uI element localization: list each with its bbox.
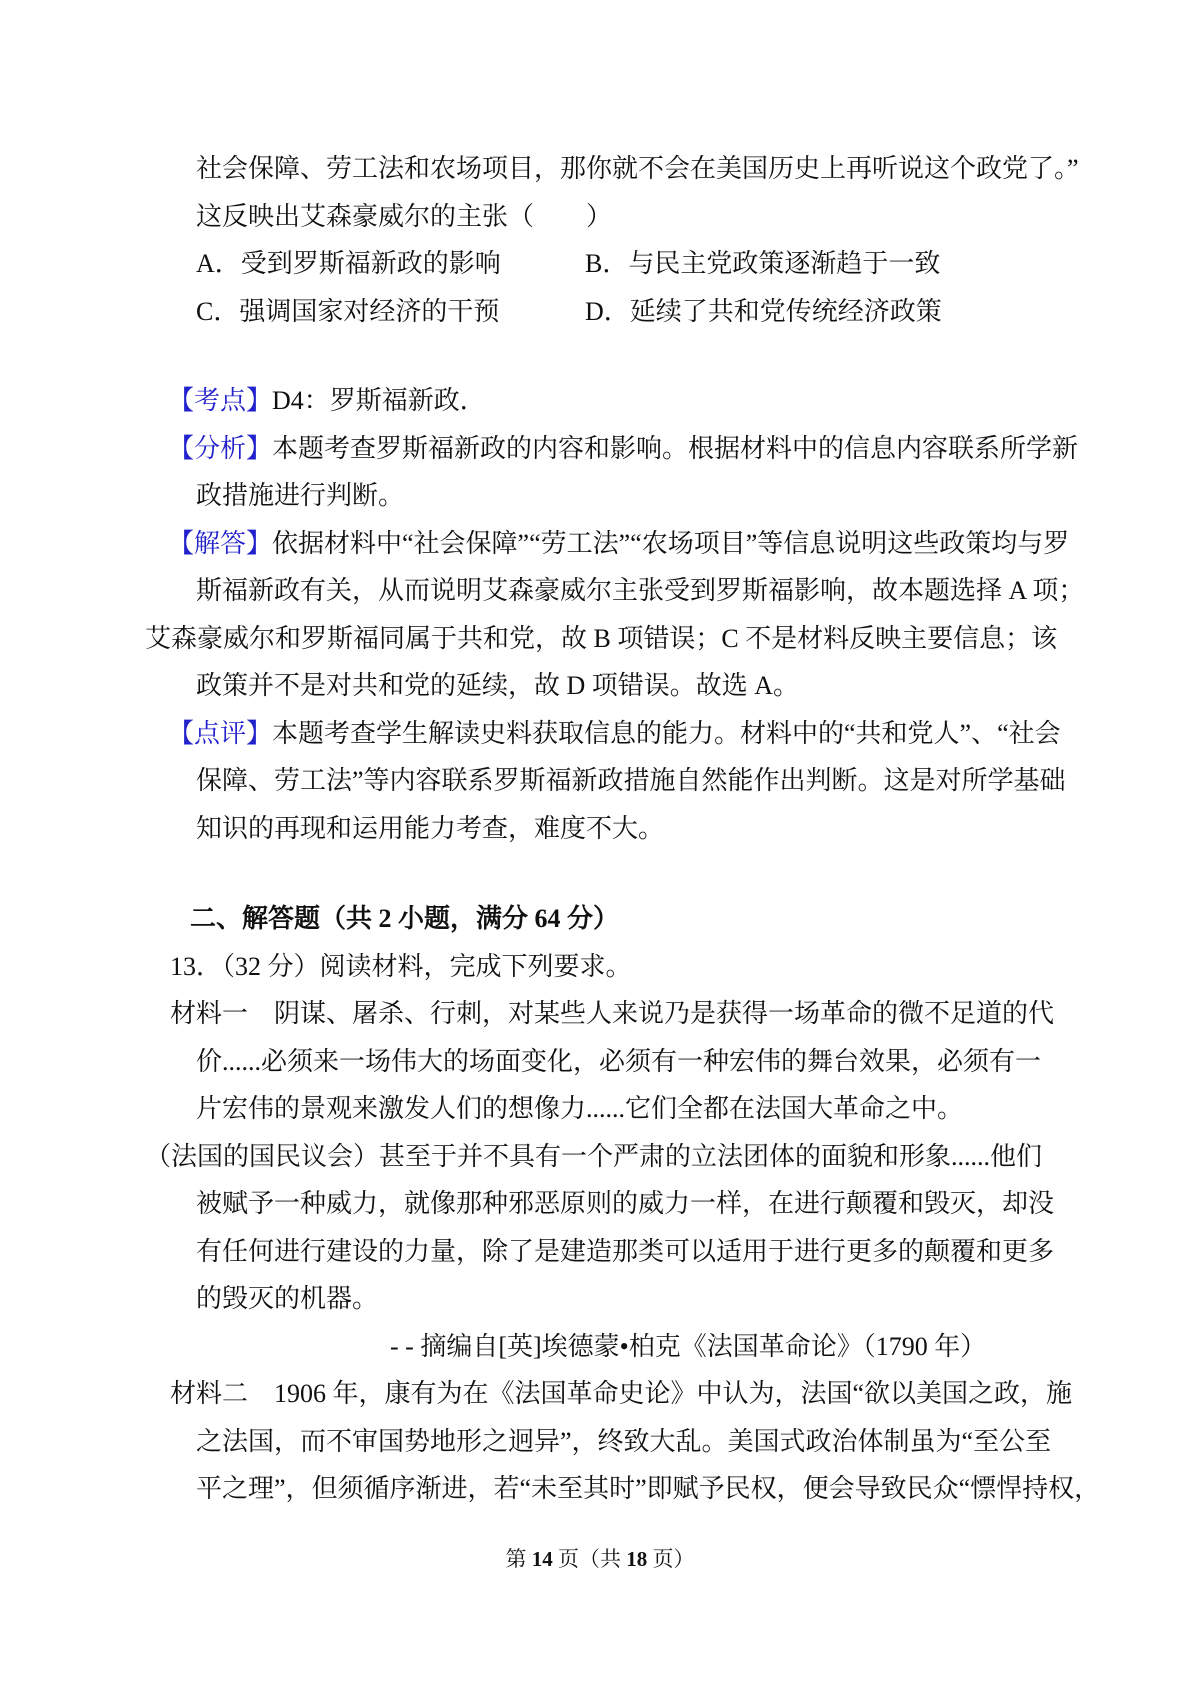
answer-options-row: A．受到罗斯福新政的影响B．与民主党政策逐渐趋于一致 [0, 240, 1200, 288]
text-line: 材料一 阴谋、屠杀、行刺，对某些人来说乃是获得一场革命的微不足道的代 [0, 990, 1200, 1038]
text-line: 政措施进行判断。 [0, 472, 1200, 520]
text-line: 的毁灭的机器。 [0, 1275, 1200, 1323]
option-A: A．受到罗斯福新政的影响 [196, 240, 585, 288]
text-line: - - 摘编自[英]埃德蒙•柏克《法国革命论》（1790 年） [0, 1323, 1200, 1371]
footer-text: 第 [506, 1547, 532, 1571]
blank-line [0, 335, 1200, 377]
section-label: 【分析】 [168, 434, 272, 463]
text-line: 材料二 1906 年，康有为在《法国革命史论》中认为，法国“欲以美国之政，施 [0, 1370, 1200, 1418]
text-line: 保障、劳工法”等内容联系罗斯福新政措施自然能作出判断。这是对所学基础 [0, 757, 1200, 805]
text-line: 政策并不是对共和党的延续，故 D 项错误。故选 A。 [0, 662, 1200, 710]
section-label: 【考点】 [168, 386, 272, 415]
text-line: 这反映出艾森豪威尔的主张（ ） [0, 193, 1200, 241]
text-line: 价......必须来一场伟大的场面变化，必须有一种宏伟的舞台效果，必须有一 [0, 1038, 1200, 1086]
page-footer: 第 14 页（共 18 页） [0, 1544, 1200, 1574]
line-text: 本题考查罗斯福新政的内容和影响。根据材料中的信息内容联系所学新 [272, 434, 1078, 463]
annotated-line: 【解答】依据材料中“社会保障”“劳工法”“农场项目”等信息说明这些政策均与罗 [0, 520, 1200, 568]
section-heading: 二、解答题（共 2 小题，满分 64 分） [0, 895, 1200, 943]
document-content: 社会保障、劳工法和农场项目，那你就不会在美国历史上再听说这个政党了。”这反映出艾… [0, 0, 1200, 1513]
section-label: 【点评】 [168, 719, 272, 748]
text-line: 被赋予一种威力，就像那种邪恶原则的威力一样，在进行颠覆和毁灭，却没 [0, 1180, 1200, 1228]
page-number: 14 [532, 1547, 553, 1571]
text-line: 知识的再现和运用能力考查，难度不大。 [0, 805, 1200, 853]
text-line: 艾森豪威尔和罗斯福同属于共和党，故 B 项错误；C 不是材料反映主要信息；该 [0, 615, 1200, 663]
text-line: 平之理”，但须循序渐进，若“未至其时”即赋予民权，便会导致民众“慓悍持权， [0, 1465, 1200, 1513]
section-label: 【解答】 [168, 529, 272, 558]
annotated-line: 【考点】D4：罗斯福新政． [0, 377, 1200, 425]
option-B: B．与民主党政策逐渐趋于一致 [585, 249, 940, 278]
footer-text: 页（共 [553, 1547, 627, 1571]
text-line: 社会保障、劳工法和农场项目，那你就不会在美国历史上再听说这个政党了。” [0, 145, 1200, 193]
text-line: （法国的国民议会）甚至于并不具有一个严肃的立法团体的面貌和形象......他们 [0, 1133, 1200, 1181]
footer-text: 页） [647, 1547, 694, 1571]
text-line: 13．（32 分）阅读材料，完成下列要求。 [0, 943, 1200, 991]
annotated-line: 【点评】本题考查学生解读史料获取信息的能力。材料中的“共和党人”、“社会 [0, 710, 1200, 758]
text-line: 之法国，而不审国势地形之迥异”，终致大乱。美国式政治体制虽为“至公至 [0, 1418, 1200, 1466]
line-text: 依据材料中“社会保障”“劳工法”“农场项目”等信息说明这些政策均与罗 [272, 529, 1069, 558]
text-line: 片宏伟的景观来激发人们的想像力......它们全都在法国大革命之中。 [0, 1085, 1200, 1133]
annotated-line: 【分析】本题考查罗斯福新政的内容和影响。根据材料中的信息内容联系所学新 [0, 425, 1200, 473]
answer-options-row: C．强调国家对经济的干预D．延续了共和党传统经济政策 [0, 288, 1200, 336]
line-text: 本题考查学生解读史料获取信息的能力。材料中的“共和党人”、“社会 [272, 719, 1061, 748]
option-C: C．强调国家对经济的干预 [196, 288, 585, 336]
text-line: 斯福新政有关，从而说明艾森豪威尔主张受到罗斯福影响，故本题选择 A 项； [0, 567, 1200, 615]
page-number: 18 [626, 1547, 647, 1571]
option-D: D．延续了共和党传统经济政策 [585, 297, 942, 326]
line-text: D4：罗斯福新政． [272, 386, 486, 415]
document-page: 社会保障、劳工法和农场项目，那你就不会在美国历史上再听说这个政党了。”这反映出艾… [0, 0, 1200, 1698]
text-line: 有任何进行建设的力量，除了是建造那类可以适用于进行更多的颠覆和更多 [0, 1228, 1200, 1276]
blank-line [0, 852, 1200, 895]
